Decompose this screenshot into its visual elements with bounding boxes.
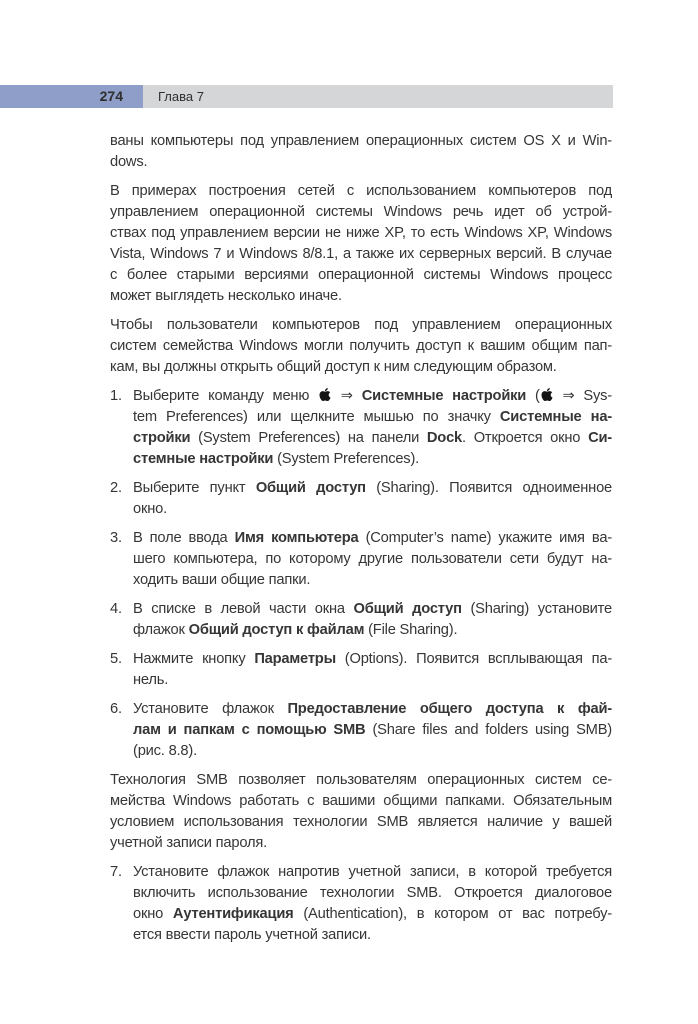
text: условием использования технологии SMB яв…: [110, 814, 612, 830]
text: Vista, Windows 7 и Windows 8/8.1, а такж…: [110, 246, 612, 262]
text: мейства Windows работать с вашими общими…: [110, 793, 612, 809]
bold-text: Общий доступ: [354, 601, 462, 617]
bold-text: Dock: [427, 430, 462, 446]
bold-text: Имя компьютера: [235, 530, 359, 546]
text: . Откроется окно: [462, 430, 588, 446]
block-text: В списке в левой части окна Общий доступ…: [133, 599, 612, 641]
text: Выберите пункт: [133, 480, 256, 496]
text: систем семейства Windows могли получить …: [110, 338, 612, 354]
text-line: условием использования технологии SMB яв…: [110, 812, 612, 833]
bold-text: Параметры: [254, 651, 336, 667]
text: В примерах построения сетей с использова…: [110, 183, 612, 199]
text-line: стемные настройки (System Preferences).: [133, 449, 612, 470]
bold-text: Общий доступ к файлам: [189, 622, 365, 638]
block-text: В поле ввода Имя компьютера (Computer’s …: [133, 528, 612, 591]
text-line: Vista, Windows 7 и Windows 8/8.1, а такж…: [110, 244, 612, 265]
text: Нажмите кнопку: [133, 651, 254, 667]
text: окно.: [133, 501, 167, 517]
list-number: 5.: [110, 649, 133, 691]
text-line: ется ввести пароль учетной записи.: [133, 925, 612, 946]
page-header: 274 Глава 7: [0, 85, 613, 108]
list-item: 2.Выберите пункт Общий доступ (Sharing).…: [110, 478, 612, 520]
text-line: (рис. 8.8).: [133, 741, 612, 762]
content: ваны компьютеры под управлением операцио…: [110, 131, 612, 954]
text-line: кам, вы должны открыть общий доступ к ни…: [110, 357, 612, 378]
list-item: 6.Установите флажок Предоставление общег…: [110, 699, 612, 762]
text: ⇒: [332, 388, 362, 404]
text: Установите флажок напротив учетной запис…: [133, 864, 612, 880]
list-number: 7.: [110, 862, 133, 946]
text-line: В примерах построения сетей с использова…: [110, 181, 612, 202]
text-line: Чтобы пользователи компьютеров под управ…: [110, 315, 612, 336]
text: окно: [133, 906, 173, 922]
text: управлением операционной системы Windows…: [110, 204, 612, 220]
text: может выглядеть несколько иначе.: [110, 288, 342, 304]
block-text: Технология SMB позволяет пользователям о…: [110, 770, 612, 854]
text: (Computer’s name) укажите имя ва-: [358, 530, 612, 546]
text-line: стройки (System Preferences) на панели D…: [133, 428, 612, 449]
list-item: 4.В списке в левой части окна Общий дост…: [110, 599, 612, 641]
text: dows.: [110, 154, 147, 170]
text-line: dows.: [110, 152, 612, 173]
text-line: включить использование технологии SMB. О…: [133, 883, 612, 904]
text-line: систем семейства Windows могли получить …: [110, 336, 612, 357]
text: Выберите команду меню: [133, 388, 318, 404]
text: (: [526, 388, 540, 404]
text: (File Sharing).: [364, 622, 457, 638]
text-line: окно Аутентификация (Authentication), в …: [133, 904, 612, 925]
page-number: 274: [0, 85, 143, 108]
text: (Sharing). Появится одноименное: [366, 480, 612, 496]
block-text: ваны компьютеры под управлением операцио…: [110, 131, 612, 173]
text-line: флажок Общий доступ к файлам (File Shari…: [133, 620, 612, 641]
text-line: Нажмите кнопку Параметры (Options). Появ…: [133, 649, 612, 670]
block-text: Выберите команду меню ⇒ Системные настро…: [133, 386, 612, 470]
paragraph: Технология SMB позволяет пользователям о…: [110, 770, 612, 854]
list-number: 6.: [110, 699, 133, 762]
text-line: В поле ввода Имя компьютера (Computer’s …: [133, 528, 612, 549]
text-line: Выберите команду меню ⇒ Системные настро…: [133, 386, 612, 407]
list-number: 1.: [110, 386, 133, 470]
bold-text: лам и папкам с помощью SMB: [133, 722, 365, 738]
text: tem Preferences) или щелкните мышью по з…: [133, 409, 500, 425]
text: В поле ввода: [133, 530, 235, 546]
text-line: Установите флажок Предоставление общего …: [133, 699, 612, 720]
text: ствах под управлением версии не ниже XP,…: [110, 225, 612, 241]
text: включить использование технологии SMB. О…: [133, 885, 612, 901]
paragraph: ваны компьютеры под управлением операцио…: [110, 131, 612, 173]
text-line: Выберите пункт Общий доступ (Sharing). П…: [133, 478, 612, 499]
bold-text: Си-: [588, 430, 612, 446]
list-item: 7.Установите флажок напротив учетной зап…: [110, 862, 612, 946]
bold-text: Общий доступ: [256, 480, 366, 496]
text-line: учетной записи пароля.: [110, 833, 612, 854]
text-line: ствах под управлением версии не ниже XP,…: [110, 223, 612, 244]
text-line: Установите флажок напротив учетной запис…: [133, 862, 612, 883]
text: ходить ваши общие папки.: [133, 572, 310, 588]
text-line: шего компьютера, по которому другие поль…: [133, 549, 612, 570]
text: шего компьютера, по которому другие поль…: [133, 551, 612, 567]
text: Чтобы пользователи компьютеров под управ…: [110, 317, 612, 333]
list-number: 3.: [110, 528, 133, 591]
paragraph: Чтобы пользователи компьютеров под управ…: [110, 315, 612, 378]
bold-text: Предоставление общего доступа к фай-: [287, 701, 612, 717]
text: (System Preferences).: [273, 451, 419, 467]
chapter-label: Глава 7: [158, 85, 204, 108]
apple-logo-icon: [541, 387, 553, 402]
bold-text: Системные на-: [500, 409, 612, 425]
text: (рис. 8.8).: [133, 743, 197, 759]
list-item: 5.Нажмите кнопку Параметры (Options). По…: [110, 649, 612, 691]
list-item: 3.В поле ввода Имя компьютера (Computer’…: [110, 528, 612, 591]
list-number: 2.: [110, 478, 133, 520]
text: нель.: [133, 672, 168, 688]
text: кам, вы должны открыть общий доступ к ни…: [110, 359, 557, 375]
bold-text: Аутентификация: [173, 906, 294, 922]
block-text: Чтобы пользователи компьютеров под управ…: [110, 315, 612, 378]
bold-text: стемные настройки: [133, 451, 273, 467]
text: флажок: [133, 622, 189, 638]
block-text: В примерах построения сетей с использова…: [110, 181, 612, 307]
text-line: с более старыми версиями операционной си…: [110, 265, 612, 286]
text: (Share files and folders using SMB): [365, 722, 612, 738]
text-line: tem Preferences) или щелкните мышью по з…: [133, 407, 612, 428]
text: ется ввести пароль учетной записи.: [133, 927, 371, 943]
list-item: 1.Выберите команду меню ⇒ Системные наст…: [110, 386, 612, 470]
bold-text: Системные настройки: [362, 388, 526, 404]
text-line: нель.: [133, 670, 612, 691]
text: (Authentication), в котором от вас потре…: [294, 906, 612, 922]
block-text: Установите флажок Предоставление общего …: [133, 699, 612, 762]
text: (System Preferences) на панели: [190, 430, 427, 446]
text-line: мейства Windows работать с вашими общими…: [110, 791, 612, 812]
text: учетной записи пароля.: [110, 835, 267, 851]
text-line: лам и папкам с помощью SMB (Share files …: [133, 720, 612, 741]
text-line: Технология SMB позволяет пользователям о…: [110, 770, 612, 791]
text-line: может выглядеть несколько иначе.: [110, 286, 612, 307]
text-line: В списке в левой части окна Общий доступ…: [133, 599, 612, 620]
text-line: ваны компьютеры под управлением операцио…: [110, 131, 612, 152]
paragraph: В примерах построения сетей с использова…: [110, 181, 612, 307]
text: В списке в левой части окна: [133, 601, 354, 617]
text: Технология SMB позволяет пользователям о…: [110, 772, 612, 788]
block-text: Установите флажок напротив учетной запис…: [133, 862, 612, 946]
text: Установите флажок: [133, 701, 287, 717]
text-line: окно.: [133, 499, 612, 520]
text: с более старыми версиями операционной си…: [110, 267, 612, 283]
apple-logo-icon: [319, 387, 331, 402]
text-line: управлением операционной системы Windows…: [110, 202, 612, 223]
text: (Options). Появится всплывающая па-: [336, 651, 612, 667]
text: (Sharing) установите: [462, 601, 612, 617]
text: ⇒ Sys-: [554, 388, 612, 404]
list-number: 4.: [110, 599, 133, 641]
text-line: ходить ваши общие папки.: [133, 570, 612, 591]
text: ваны компьютеры под управлением операцио…: [110, 133, 612, 149]
block-text: Нажмите кнопку Параметры (Options). Появ…: [133, 649, 612, 691]
bold-text: стройки: [133, 430, 190, 446]
block-text: Выберите пункт Общий доступ (Sharing). П…: [133, 478, 612, 520]
